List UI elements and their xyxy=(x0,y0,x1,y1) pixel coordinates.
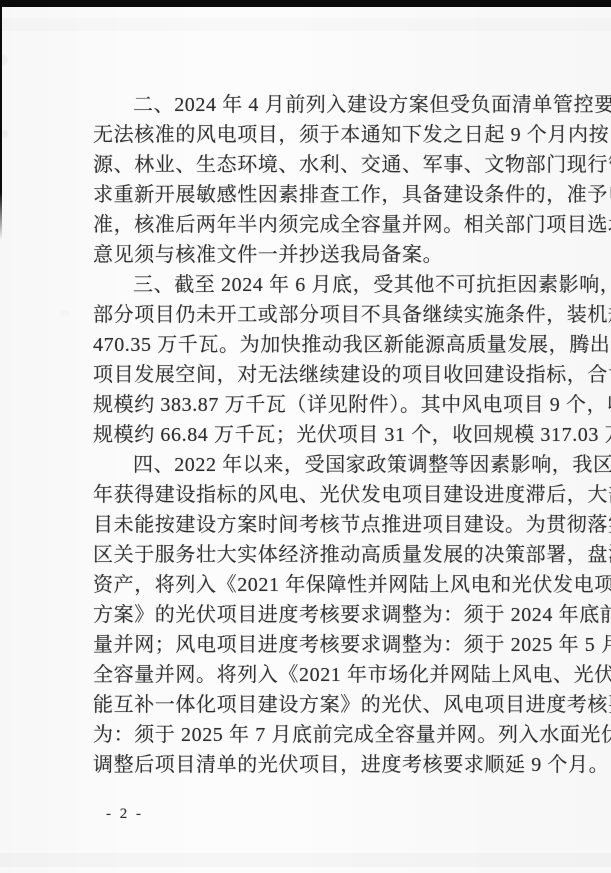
scan-edge-left xyxy=(0,0,2,240)
text-line: 二、2024 年 4 月前列入建设方案但受负面清单管控要求影响 xyxy=(93,90,561,120)
text-line: 区关于服务壮大实体经济推动高质量发展的决策部署，盘活存量 xyxy=(93,540,561,570)
text-line: 源、林业、生态环境、水利、交通、军事、文物部门现行管控要 xyxy=(93,150,561,180)
text-line: 无法核准的风电项目，须于本通知下发之日起 9 个月内按自然资 xyxy=(93,120,561,150)
scan-texture-band-bottom xyxy=(0,853,611,867)
text-line: 三、截至 2024 年 6 月底，受其他不可抗拒因素影响，我区 xyxy=(93,270,561,300)
text-line: 四、2022 年以来，受国家政策调整等因素影响，我区 2021 xyxy=(93,450,561,480)
text-line: 资产，将列入《2021 年保障性并网陆上风电和光伏发电项目建设 xyxy=(93,570,561,600)
text-line: 项目发展空间，对无法继续建设的项目收回建设指标，合计收回 xyxy=(93,360,561,390)
text-line: 量并网；风电项目进度考核要求调整为：须于 2025 年 5 月底前完成 xyxy=(93,630,561,660)
text-line: 规模约 66.84 万千瓦；光伏项目 31 个，收回规模 317.03 万千瓦。 xyxy=(93,420,561,450)
scan-smudge xyxy=(60,310,70,316)
text-line: 能互补一体化项目建设方案》的光伏、风电项目进度考核要求调整 xyxy=(93,690,561,720)
text-line: 部分项目仍未开工或部分项目不具备继续实施条件，装机规模 xyxy=(93,300,561,330)
text-line: 目未能按建设方案时间考核节点推进项目建设。为贯彻落实自治 xyxy=(93,510,561,540)
text-line: 年获得建设指标的风电、光伏发电项目建设进度滞后，大部分项 xyxy=(93,480,561,510)
scan-smudge xyxy=(2,130,8,138)
text-line: 470.35 万千瓦。为加快推动我区新能源高质量发展，腾出新能源 xyxy=(93,330,561,360)
scan-texture-band-top xyxy=(0,18,611,31)
text-line: 为：须于 2025 年 7 月底前完成全容量并网。列入水面光伏项目场址 xyxy=(93,720,561,750)
document-body: 二、2024 年 4 月前列入建设方案但受负面清单管控要求影响无法核准的风电项目… xyxy=(93,90,561,780)
scan-smudge xyxy=(0,55,8,65)
page-number: - 2 - xyxy=(106,806,144,823)
text-line: 全容量并网。将列入《2021 年市场化并网陆上风电、光伏发电及多 xyxy=(93,660,561,690)
text-line: 调整后项目清单的光伏项目，进度考核要求顺延 9 个月。 xyxy=(93,750,561,780)
text-line: 规模约 383.87 万千瓦（详见附件）。其中风电项目 9 个，收回 xyxy=(93,390,561,420)
text-line: 准，核准后两年半内须完成全容量并网。相关部门项目选址排查 xyxy=(93,210,561,240)
scan-edge-top xyxy=(0,0,611,7)
text-line: 方案》的光伏项目进度考核要求调整为：须于 2024 年底前完成全容 xyxy=(93,600,561,630)
text-line: 意见须与核准文件一并抄送我局备案。 xyxy=(93,240,561,270)
scanned-document-page: 二、2024 年 4 月前列入建设方案但受负面清单管控要求影响无法核准的风电项目… xyxy=(0,0,611,873)
text-line: 求重新开展敏感性因素排查工作，具备建设条件的，准予申报核 xyxy=(93,180,561,210)
